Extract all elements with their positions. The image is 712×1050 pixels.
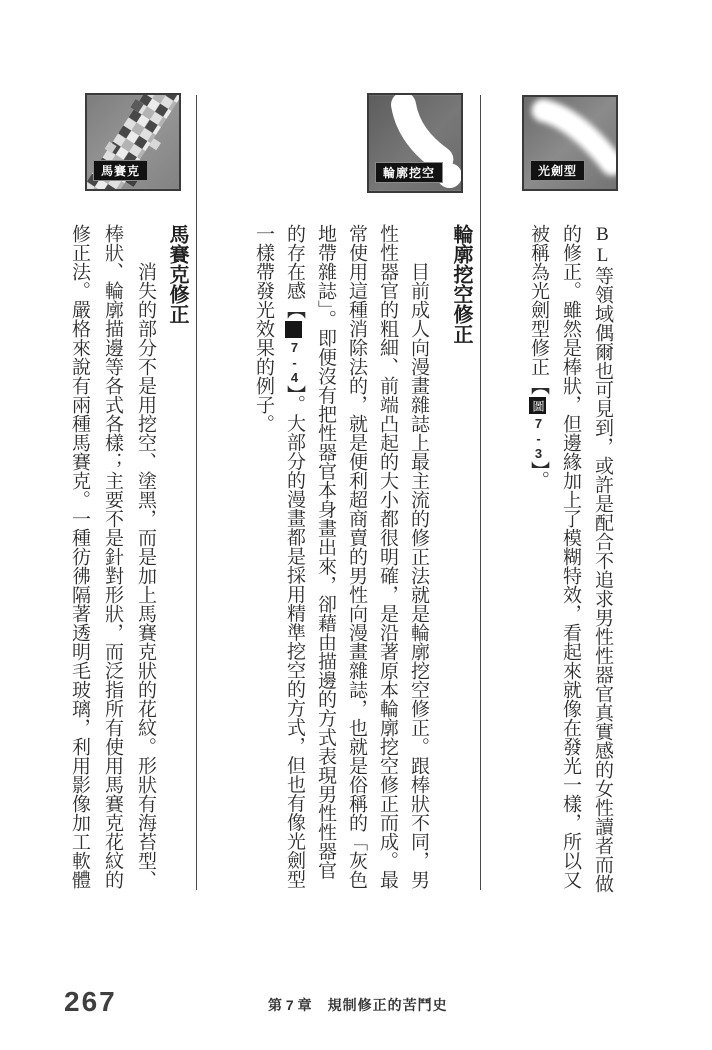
figure-label-contour-cutout: 輪廓挖空 [375, 162, 443, 183]
section-light-saber-continuation: BL等領域偶爾也可見到，或許是配合不追求男性性器官真實感的女性讀者而做的修正。雖… [522, 224, 618, 895]
contour-cutout-correction-body: 目前成人向漫畫雜誌上最主流的修正法就是輪廓挖空修正。跟棒狀不同，男性性器官的粗細… [248, 224, 434, 895]
upright-latin: BL [592, 224, 613, 266]
figure-label-light-saber: 光劍型 [530, 160, 585, 181]
chapter-title: 規制修正的苦鬥史 [328, 997, 448, 1013]
mosaic-correction-body: 消失的部分不是用挖空、塗黑，而是加上馬賽克狀的花紋。形狀有海苔型、棒狀、輪廓描邊… [63, 224, 162, 895]
section-mosaic-correction: 馬賽克修正消失的部分不是用挖空、塗黑，而是加上馬賽克狀的花紋。形狀有海苔型、棒狀… [51, 224, 190, 895]
figure-mosaic: 馬賽克 [85, 93, 181, 191]
figure-reference-7-3: 【圖7-3】 [528, 376, 549, 471]
figure-reference-7-4: 【圖7-4】 [284, 300, 305, 395]
book-page: 馬賽克 輪廓挖空 [0, 0, 712, 1050]
contour-cutout-correction-heading: 輪廓挖空修正 [448, 224, 474, 895]
figure-label-mosaic: 馬賽克 [93, 160, 148, 181]
section-contour-cutout-correction: 輪廓挖空修正目前成人向漫畫雜誌上最主流的修正法就是輪廓挖空修正。跟棒狀不同，男性… [248, 224, 474, 895]
figure-light-saber: 光劍型 [522, 95, 618, 191]
figure-number: 7-4 [287, 340, 302, 385]
light-saber-continuation-body: BL等領域偶爾也可見到，或許是配合不追求男性性器官真實感的女性讀者而做的修正。雖… [522, 224, 618, 895]
figure-glyph-box: 圖 [285, 321, 302, 338]
running-title: 第 7 章規制修正的苦鬥史 [268, 995, 448, 1015]
figure-contour-cutout: 輪廓挖空 [367, 93, 463, 193]
mosaic-correction-heading: 馬賽克修正 [164, 224, 190, 895]
chapter-label: 第 7 章 [268, 997, 312, 1013]
column-divider-left [196, 95, 197, 890]
page-number: 267 [64, 986, 117, 1018]
column-divider-right [480, 95, 481, 890]
figure-number: 7-3 [531, 416, 546, 461]
figure-glyph-box: 圖 [529, 397, 546, 414]
